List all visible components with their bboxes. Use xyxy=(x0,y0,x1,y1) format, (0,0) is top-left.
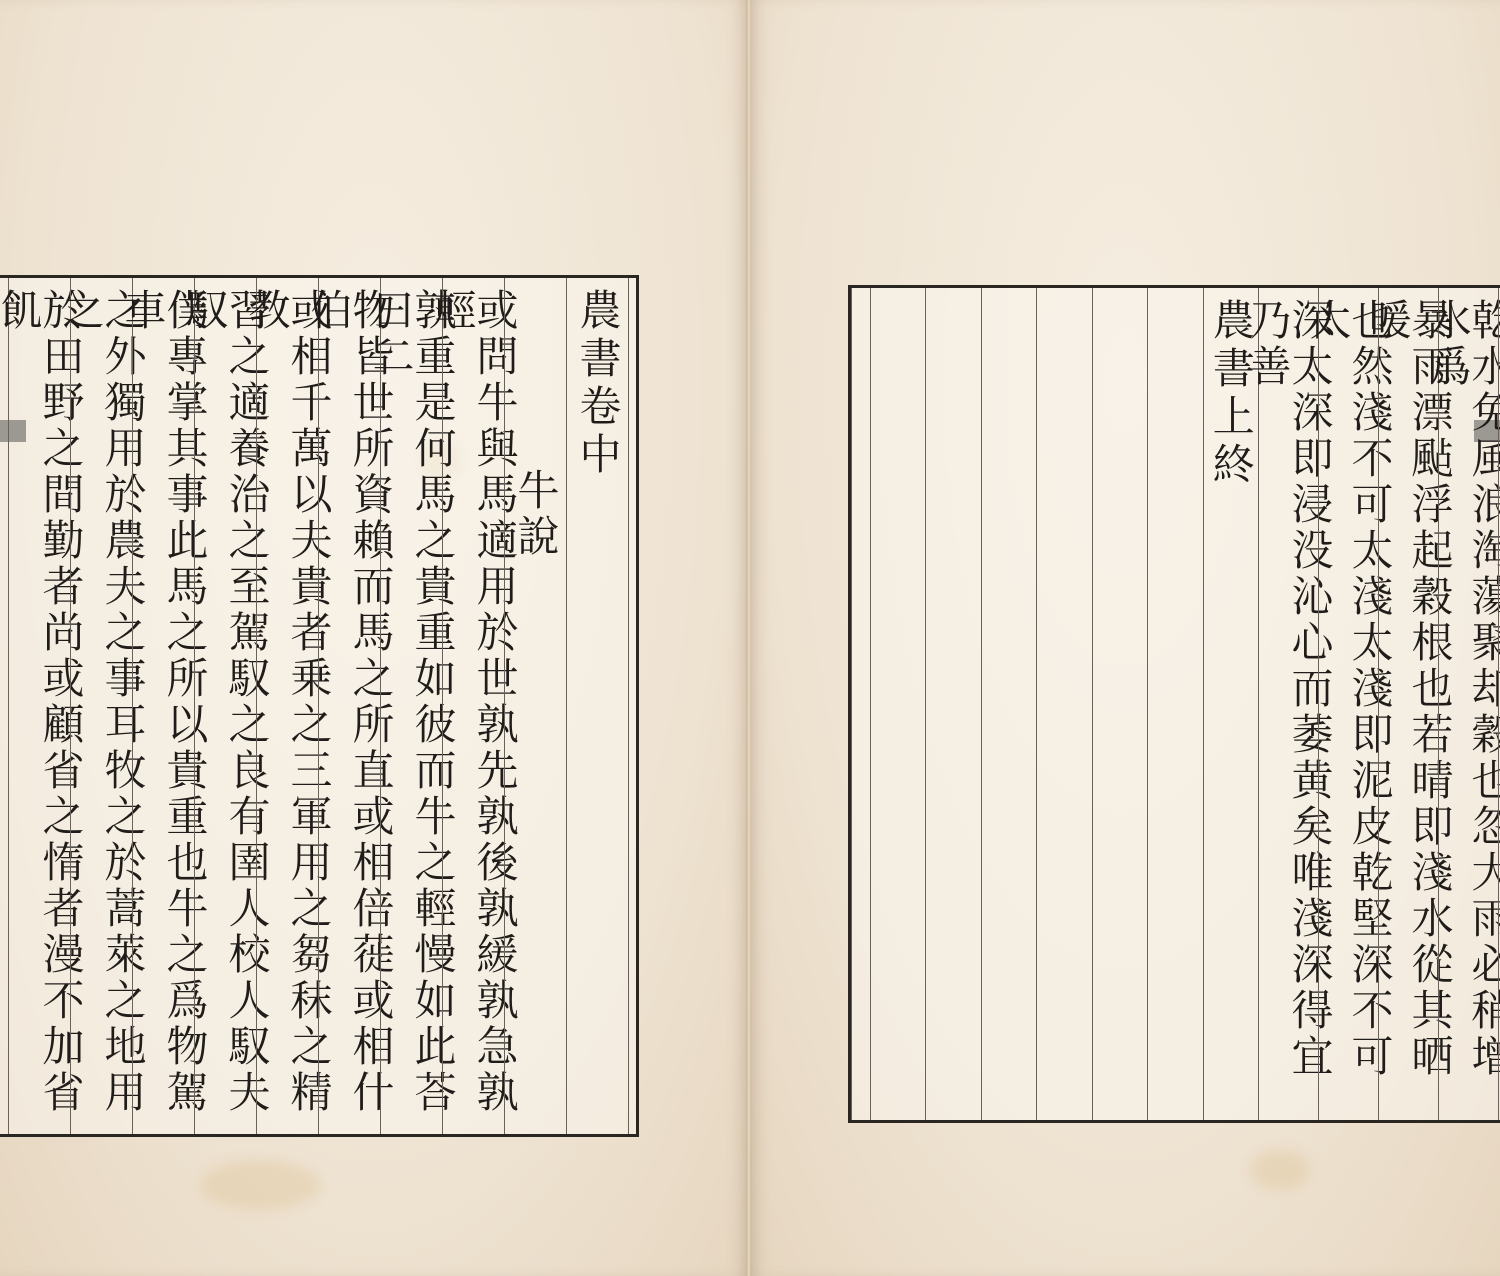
right-text-frame: 乾水免風浪淘蕩聚却穀也忽大雨必稍增水爲 暴雨漂颭浮起穀根也若晴即淺水從其晒暖 也… xyxy=(848,285,1500,1123)
empty-column xyxy=(1147,288,1202,1120)
right-column-grid: 乾水免風浪淘蕩聚却穀也忽大雨必稍增水爲 暴雨漂颭浮起穀根也若晴即淺水從其晒暖 也… xyxy=(851,288,1500,1120)
empty-column xyxy=(851,288,870,1120)
volume-title: 農書卷中 xyxy=(577,288,619,1134)
column-spacer xyxy=(628,278,636,1134)
empty-column xyxy=(981,288,1036,1120)
section-title: 牛說 xyxy=(515,468,557,1134)
text-column: 或問牛與馬適用於世孰先孰後孰緩孰急孰輕 xyxy=(442,278,504,1134)
left-text-frame: 農書卷中 牛說 或問牛與馬適用於世孰先孰後孰緩孰急孰輕 孰重是何馬之貴重如彼而牛… xyxy=(0,275,639,1137)
column-section-title: 牛說 xyxy=(504,278,566,1134)
right-page: 乾水免風浪淘蕩聚却穀也忽大雨必稍增水爲 暴雨漂颭浮起穀根也若晴即淺水從其晒暖 也… xyxy=(750,0,1500,1276)
empty-column xyxy=(925,288,980,1120)
text-column: 乾水免風浪淘蕩聚却穀也忽大雨必稍增水爲 xyxy=(1438,288,1498,1120)
text-line: 乾水免風浪淘蕩聚却穀也忽大雨必稍增水爲 xyxy=(1427,298,1500,1120)
text-line: 或問牛與馬適用於世孰先孰後孰緩孰急孰輕 xyxy=(432,288,516,1134)
paper-stain xyxy=(200,1160,320,1210)
paper-stain xyxy=(1250,1150,1310,1190)
left-page: 農書卷中 牛說 或問牛與馬適用於世孰先孰後孰緩孰急孰輕 孰重是何馬之貴重如彼而牛… xyxy=(0,0,748,1276)
empty-column xyxy=(1036,288,1091,1120)
empty-column xyxy=(870,288,925,1120)
empty-column xyxy=(1092,288,1147,1120)
end-of-volume-title: 農書上終 xyxy=(1210,298,1252,1120)
column-volume-title: 農書卷中 xyxy=(566,278,628,1134)
left-column-grid: 農書卷中 牛說 或問牛與馬適用於世孰先孰後孰緩孰急孰輕 孰重是何馬之貴重如彼而牛… xyxy=(0,278,636,1134)
